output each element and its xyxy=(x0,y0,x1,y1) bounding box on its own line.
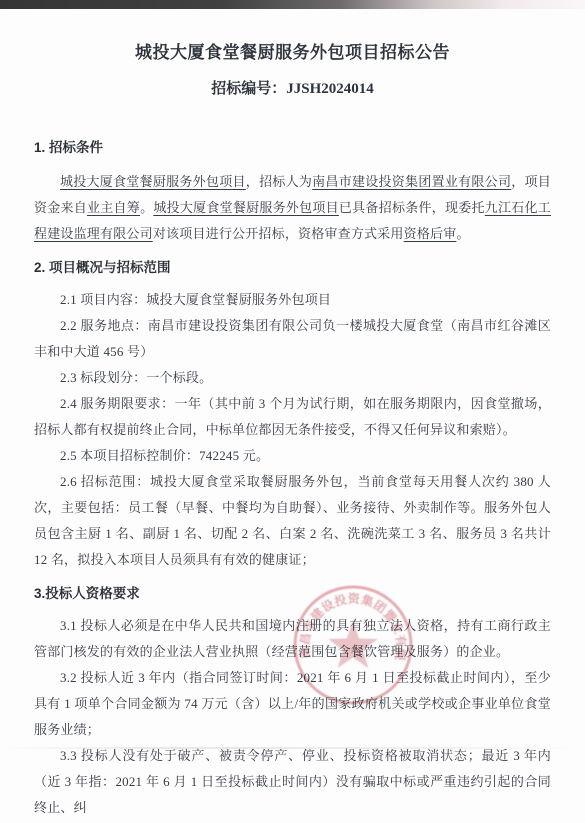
clause-2-4: 2.4 服务期限要求：一年（其中前 3 个月为试行期，如在服务期限内，因食堂撤场… xyxy=(34,391,551,443)
section-3-heading: 3.投标人资格要求 xyxy=(34,585,551,603)
bid-number-label: 招标编号： xyxy=(211,81,286,97)
underlined-text: 南昌市建设投资集团置业有限公司 xyxy=(312,174,511,189)
section-1-heading: 1. 招标条件 xyxy=(34,139,551,157)
underlined-text: 资格后审 xyxy=(404,226,457,241)
section-2-heading: 2. 项目概况与招标范围 xyxy=(34,259,551,277)
bid-number-line: 招标编号：JJSH2024014 xyxy=(34,79,551,99)
scan-edge-artifact xyxy=(0,0,585,9)
clause-2-5: 2.5 本项目招标控制价：742245 元。 xyxy=(34,443,551,469)
plain-text: 。 xyxy=(140,200,153,215)
plain-text: 对该项目进行公开招标，资格审查方式采用 xyxy=(153,226,404,241)
plain-text: ，招标人为 xyxy=(246,174,312,189)
clause-2-3: 2.3 标段划分：一个标段。 xyxy=(34,365,551,391)
section-1-paragraph: 城投大厦食堂餐厨服务外包项目，招标人为南昌市建设投资集团置业有限公司，项目资金来… xyxy=(34,169,551,247)
plain-text: 。 xyxy=(456,226,469,241)
clause-2-6: 2.6 招标范围：城投大厦食堂采取餐厨服务外包，当前食堂每天用餐人次约 380 … xyxy=(34,469,551,573)
underlined-text: 城投大厦食堂餐厨服务外包项目 xyxy=(153,200,339,215)
plain-text: 已具备招标条件，现委托 xyxy=(339,200,485,215)
scanned-document-page: 城投大厦食堂餐厨服务外包项目招标公告 招标编号：JJSH2024014 1. 招… xyxy=(0,0,585,823)
clause-3-1: 3.1 投标人必须是在中华人民共和国境内注册的具有独立法人资格，持有工商行政主管… xyxy=(34,613,551,665)
clause-2-2: 2.2 服务地点：南昌市建设投资集团有限公司负一楼城投大厦食堂（南昌市红谷滩区丰… xyxy=(34,313,551,365)
underlined-text: 业主自筹 xyxy=(87,200,140,215)
underlined-text: 城投大厦食堂餐厨服务外包项目 xyxy=(60,174,246,189)
bid-number-value: JJSH2024014 xyxy=(286,81,374,97)
clause-3-3: 3.3 投标人没有处于破产、被责令停产、停业、投标资格被取消状态；最近 3 年内… xyxy=(34,743,551,821)
clause-3-2: 3.2 投标人近 3 年内（指合同签订时间：2021 年 6 月 1 日至投标截… xyxy=(34,665,551,743)
clause-2-1: 2.1 项目内容：城投大厦食堂餐厨服务外包项目 xyxy=(34,287,551,313)
document-title: 城投大厦食堂餐厨服务外包项目招标公告 xyxy=(34,42,551,64)
document-content: 城投大厦食堂餐厨服务外包项目招标公告 招标编号：JJSH2024014 1. 招… xyxy=(0,42,585,821)
